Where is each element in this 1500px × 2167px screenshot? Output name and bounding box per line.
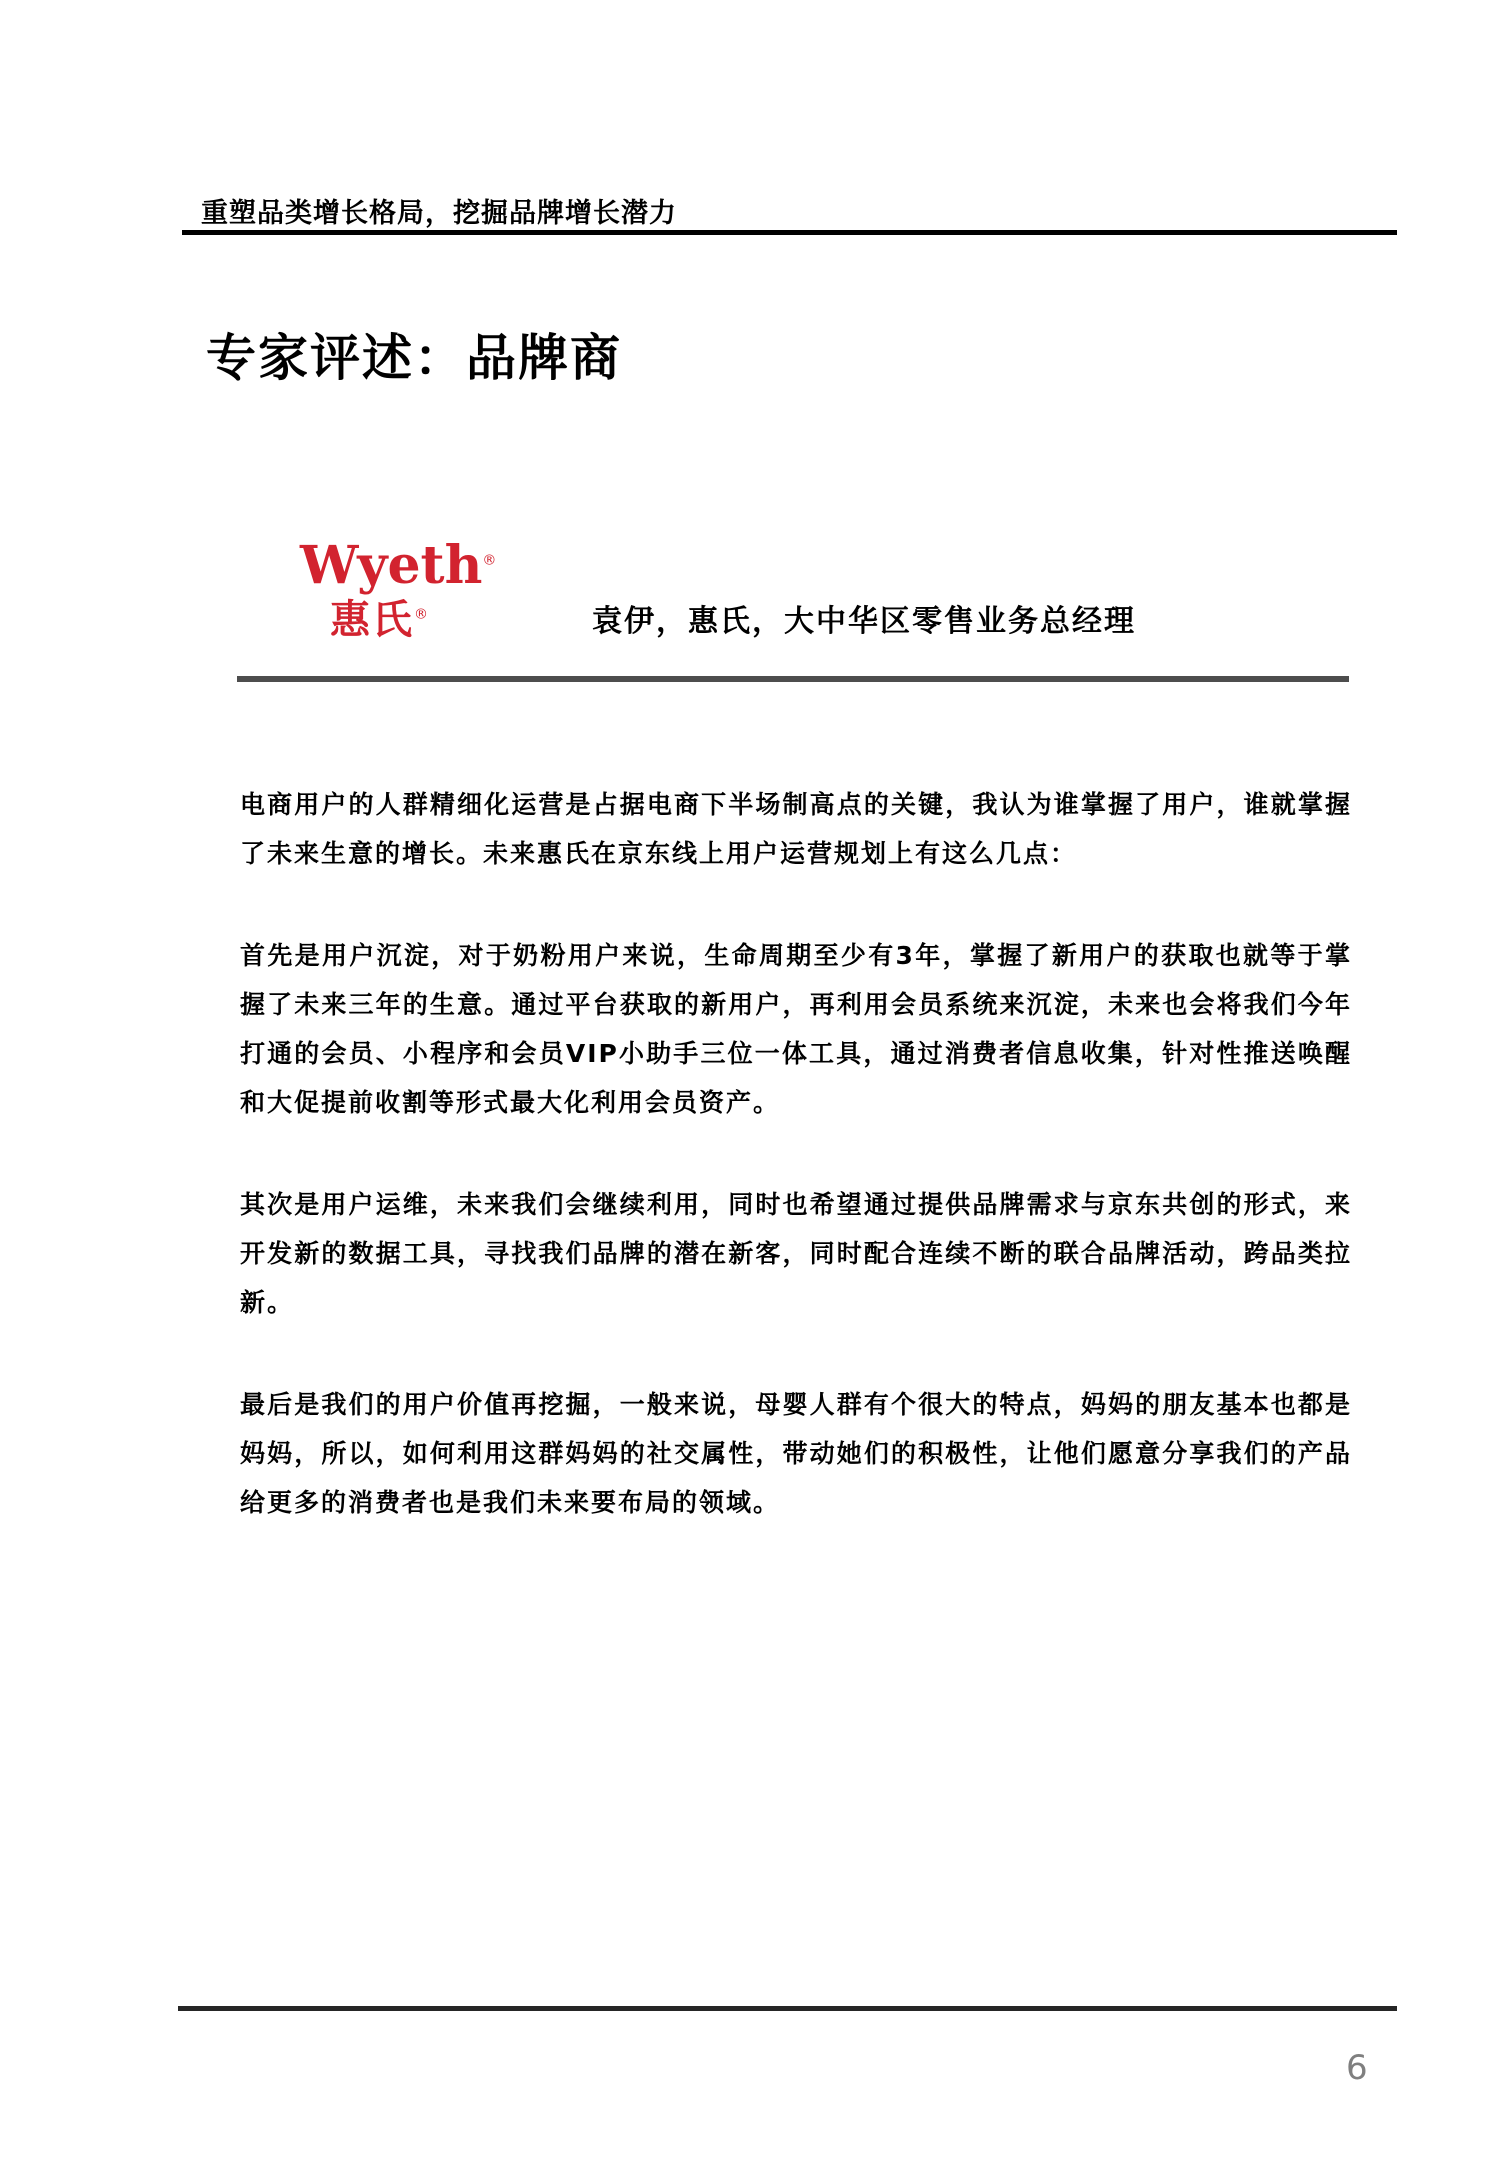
report-page: 重塑品类增长格局，挖掘品牌增长潜力 专家评述：品牌商 Wyeth® 惠氏® 袁伊… — [0, 0, 1500, 2167]
wyeth-logo-wordmark: Wyeth® — [300, 540, 496, 592]
registered-trademark-icon: ® — [482, 553, 496, 569]
registered-trademark-icon: ® — [414, 607, 430, 623]
wyeth-logo-chinese-text: 惠氏 — [330, 597, 414, 643]
commentary-body: 电商用户的人群精细化运营是占据电商下半场制高点的关键，我认为谁掌握了用户，谁就掌… — [240, 780, 1352, 1580]
page-title: 专家评述：品牌商 — [206, 318, 622, 390]
section-divider — [237, 676, 1349, 682]
page-number: 6 — [1346, 2048, 1368, 2088]
wyeth-logo-text: Wyeth — [300, 535, 482, 596]
paragraph: 其次是用户运维，未来我们会继续利用，同时也希望通过提供品牌需求与京东共创的形式，… — [240, 1180, 1352, 1327]
header-divider — [182, 230, 1397, 235]
paragraph: 最后是我们的用户价值再挖掘，一般来说，母婴人群有个很大的特点，妈妈的朋友基本也都… — [240, 1380, 1352, 1527]
footer-divider — [178, 2006, 1397, 2011]
paragraph: 首先是用户沉淀，对于奶粉用户来说，生命周期至少有3年，掌握了新用户的获取也就等于… — [240, 931, 1352, 1127]
wyeth-logo-chinese: 惠氏® — [300, 600, 460, 640]
wyeth-logo: Wyeth® 惠氏® — [300, 540, 460, 640]
paragraph: 电商用户的人群精细化运营是占据电商下半场制高点的关键，我认为谁掌握了用户，谁就掌… — [240, 780, 1352, 878]
expert-byline: 袁伊，惠氏，大中华区零售业务总经理 — [592, 596, 1136, 640]
running-header: 重塑品类增长格局，挖掘品牌增长潜力 — [201, 191, 677, 230]
